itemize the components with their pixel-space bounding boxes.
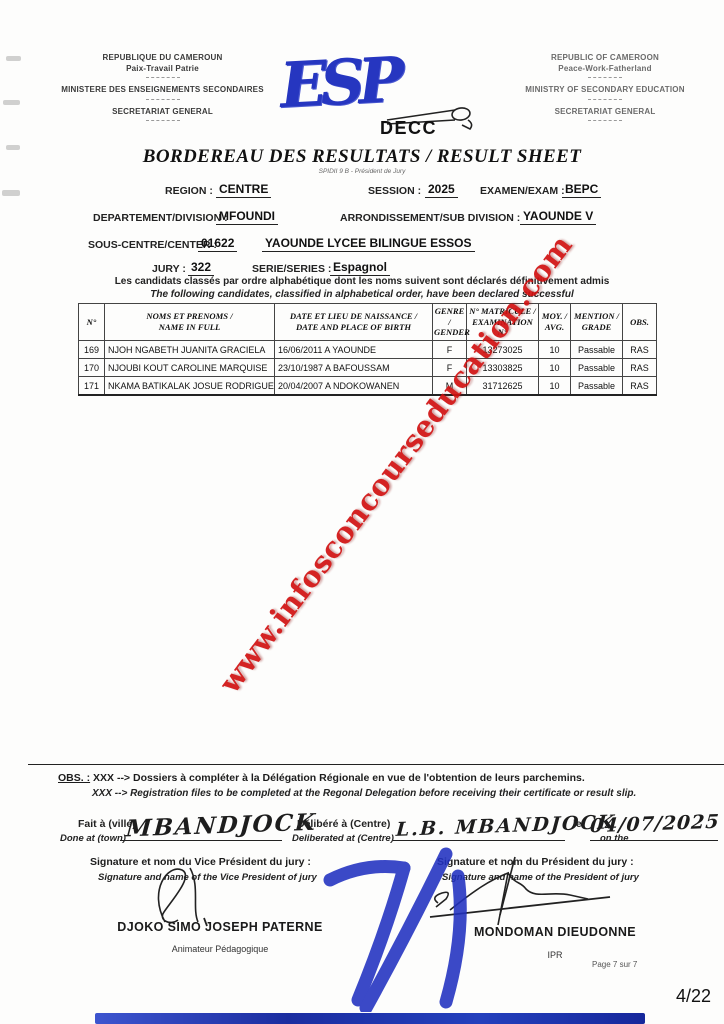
cell-mention: Passable — [571, 377, 623, 396]
col-gender: GENRE /GENDER — [433, 304, 467, 341]
cell-num: 171 — [79, 377, 105, 396]
col-mention: MENTION /GRADE — [571, 304, 623, 341]
jury-value: 322 — [188, 260, 214, 276]
document-subtitle: SPIDII 9 B - Président de Jury — [0, 168, 724, 175]
cell-num: 169 — [79, 341, 105, 359]
results-table: N° NOMS ET PRENOMS /NAME IN FULL DATE ET… — [78, 303, 657, 396]
table-header-row: N° NOMS ET PRENOMS /NAME IN FULL DATE ET… — [79, 304, 657, 341]
cell-name: NKAMA BATIKALAK JOSUE RODRIGUE — [105, 377, 275, 396]
cell-num: 170 — [79, 359, 105, 377]
col-num: N° — [79, 304, 105, 341]
division-value: MFOUNDI — [216, 209, 278, 225]
page-indicator: 4/22 — [676, 986, 711, 1007]
done-at-handwritten: MBANDJOCK — [125, 809, 318, 843]
result-sheet-document: REPUBLIQUE DU CAMEROUN Paix-Travail Patr… — [0, 0, 724, 1024]
subdivision-label: ARRONDISSEMENT/SUB DIVISION : — [340, 212, 520, 224]
deliberated-line — [393, 840, 565, 841]
cell-avg: 10 — [539, 377, 571, 396]
document-title: BORDEREAU DES RESULTATS / RESULT SHEET — [0, 146, 724, 168]
obs-note-en: XXX --> Registration files to be complet… — [92, 788, 636, 799]
motto-fr: Paix-Travail Patrie — [55, 63, 270, 74]
exam-label: EXAMEN/EXAM : — [480, 185, 565, 197]
cell-name: NJOUBI KOUT CAROLINE MARQUISE — [105, 359, 275, 377]
handwritten-blue-score-mark — [308, 842, 488, 1012]
cell-obs: RAS — [623, 359, 657, 377]
cell-birth: 16/06/2011 A YAOUNDE — [275, 341, 433, 359]
subdivision-value: YAOUNDE V — [520, 209, 596, 225]
series-label: SERIE/SERIES : — [252, 263, 331, 275]
decc-label: DECC — [380, 118, 437, 139]
col-avg: MOY. /AVG. — [539, 304, 571, 341]
ministry-fr: MINISTERE DES ENSEIGNEMENTS SECONDAIRES — [55, 84, 270, 95]
esp-logo: ESP DECC — [280, 52, 480, 142]
date-line — [590, 840, 718, 841]
cell-obs: RAS — [623, 377, 657, 396]
col-obs: OBS. — [623, 304, 657, 341]
table-row: 170 NJOUBI KOUT CAROLINE MARQUISE 23/10/… — [79, 359, 657, 377]
cell-avg: 10 — [539, 341, 571, 359]
esp-logo-text: ESP — [278, 49, 399, 117]
divider — [588, 99, 622, 100]
deliberated-label-fr: Délibéré à (Centre) — [297, 818, 390, 830]
region-label: REGION : — [165, 185, 213, 197]
cell-avg: 10 — [539, 359, 571, 377]
table-row: 169 NJOH NGABETH JUANITA GRACIELA 16/06/… — [79, 341, 657, 359]
col-birth: DATE ET LIEU DE NAISSANCE /DATE AND PLAC… — [275, 304, 433, 341]
cell-birth: 20/04/2007 A NDOKOWANEN — [275, 377, 433, 396]
deliberated-handwritten: L.B. MBANDJOCK — [395, 811, 617, 841]
jury-label: JURY : — [152, 263, 186, 275]
scan-artifact — [2, 190, 20, 196]
obs-label: OBS. : — [58, 772, 90, 784]
date-label-fr: le — [573, 818, 582, 830]
center-name: YAOUNDE LYCEE BILINGUE ESSOS — [262, 236, 475, 252]
notice-en: The following candidates, classified in … — [0, 289, 724, 300]
cell-mention: Passable — [571, 341, 623, 359]
date-handwritten: 04/07/2025 — [589, 811, 720, 838]
divider — [146, 77, 180, 78]
col-name: NOMS ET PRENOMS /NAME IN FULL — [105, 304, 275, 341]
session-value: 2025 — [425, 182, 458, 198]
header-left-ministry-fr: REPUBLIQUE DU CAMEROUN Paix-Travail Patr… — [55, 52, 270, 127]
page-note: Page 7 sur 7 — [592, 960, 637, 969]
center-code: 01622 — [198, 236, 237, 252]
footer-divider — [28, 764, 724, 765]
ministry-en: MINISTRY OF SECONDARY EDUCATION — [495, 84, 715, 95]
country-fr: REPUBLIQUE DU CAMEROUN — [55, 52, 270, 63]
done-at-label-en: Done at (town) — [60, 833, 126, 844]
cell-obs: RAS — [623, 341, 657, 359]
cell-mention: Passable — [571, 359, 623, 377]
secretariat-en: SECRETARIAT GENERAL — [495, 106, 715, 117]
divider — [588, 77, 622, 78]
divider — [146, 99, 180, 100]
division-label: DEPARTEMENT/DIVISION : — [93, 212, 228, 224]
obs-note-fr: OBS. : XXX --> Dossiers à compléter à la… — [58, 772, 585, 784]
session-label: SESSION : — [368, 185, 421, 197]
exam-value: BEPC — [562, 182, 601, 198]
notice-fr: Les candidats classés par ordre alphabét… — [0, 276, 724, 287]
cell-birth: 23/10/1987 A BAFOUSSAM — [275, 359, 433, 377]
header-right-ministry-en: REPUBLIC OF CAMEROON Peace-Work-Fatherla… — [495, 52, 715, 127]
scan-artifact — [6, 56, 21, 61]
bottom-blue-bar — [95, 1013, 645, 1024]
cell-name: NJOH NGABETH JUANITA GRACIELA — [105, 341, 275, 359]
series-value: Espagnol — [330, 260, 390, 276]
region-value: CENTRE — [216, 182, 271, 198]
country-en: REPUBLIC OF CAMEROON — [495, 52, 715, 63]
divider — [588, 120, 622, 121]
secretariat-fr: SECRETARIAT GENERAL — [55, 106, 270, 117]
divider — [146, 120, 180, 121]
scan-artifact — [3, 100, 20, 105]
table-row: 171 NKAMA BATIKALAK JOSUE RODRIGUE 20/04… — [79, 377, 657, 396]
motto-en: Peace-Work-Fatherland — [495, 63, 715, 74]
